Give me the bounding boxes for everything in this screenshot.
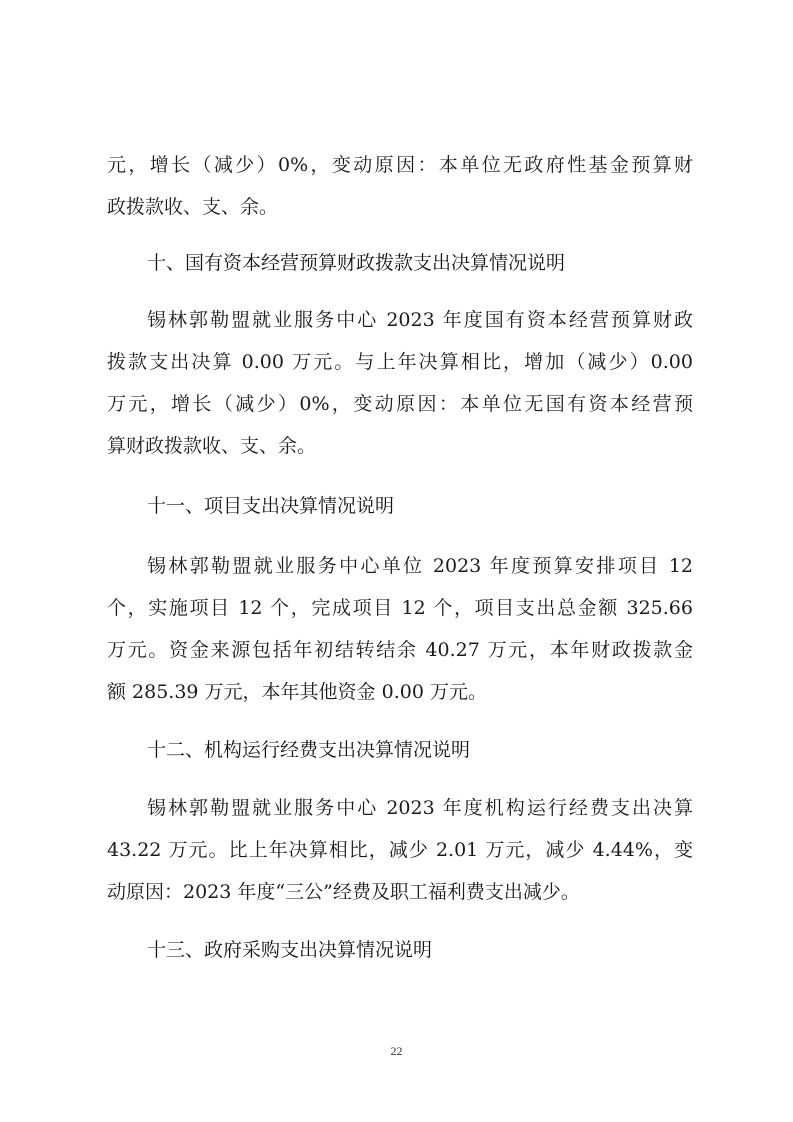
paragraph-line: 政拨款收、支、余。: [107, 195, 693, 219]
paragraph-line: 拨款支出决算 0.00 万元。与上年决算相比，增加（减少）0.00: [107, 350, 693, 374]
paragraph-line: 元，增长（减少）0%，变动原因：本单位无政府性基金预算财: [107, 153, 693, 177]
paragraph-line: 锡林郭勒盟就业服务中心 2023 年度国有资本经营预算财政: [147, 308, 693, 332]
paragraph-line: 动原因：2023 年度“三公”经费及职工福利费支出减少。: [107, 880, 693, 904]
section-heading: 十三、政府采购支出决算情况说明: [147, 938, 432, 962]
paragraph-line: 个，实施项目 12 个，完成项目 12 个，项目支出总金额 325.66: [107, 596, 693, 620]
paragraph-line: 43.22 万元。比上年决算相比，减少 2.01 万元，减少 4.44%，变: [107, 838, 693, 862]
paragraph-line: 锡林郭勒盟就业服务中心单位 2023 年度预算安排项目 12: [147, 554, 693, 578]
page-number: 22: [0, 1044, 793, 1059]
section-heading: 十一、项目支出决算情况说明: [147, 494, 394, 518]
paragraph-line: 万元，增长（减少）0%，变动原因：本单位无国有资本经营预: [107, 392, 693, 416]
paragraph-line: 算财政拨款收、支、余。: [107, 434, 693, 458]
paragraph-line: 额 285.39 万元，本年其他资金 0.00 万元。: [107, 680, 693, 704]
paragraph-line: 万元。资金来源包括年初结转结余 40.27 万元，本年财政拨款金: [107, 638, 693, 662]
section-heading: 十二、机构运行经费支出决算情况说明: [147, 738, 470, 762]
section-heading: 十、国有资本经营预算财政拨款支出决算情况说明: [147, 251, 565, 275]
paragraph-line: 锡林郭勒盟就业服务中心 2023 年度机构运行经费支出决算: [147, 796, 693, 820]
